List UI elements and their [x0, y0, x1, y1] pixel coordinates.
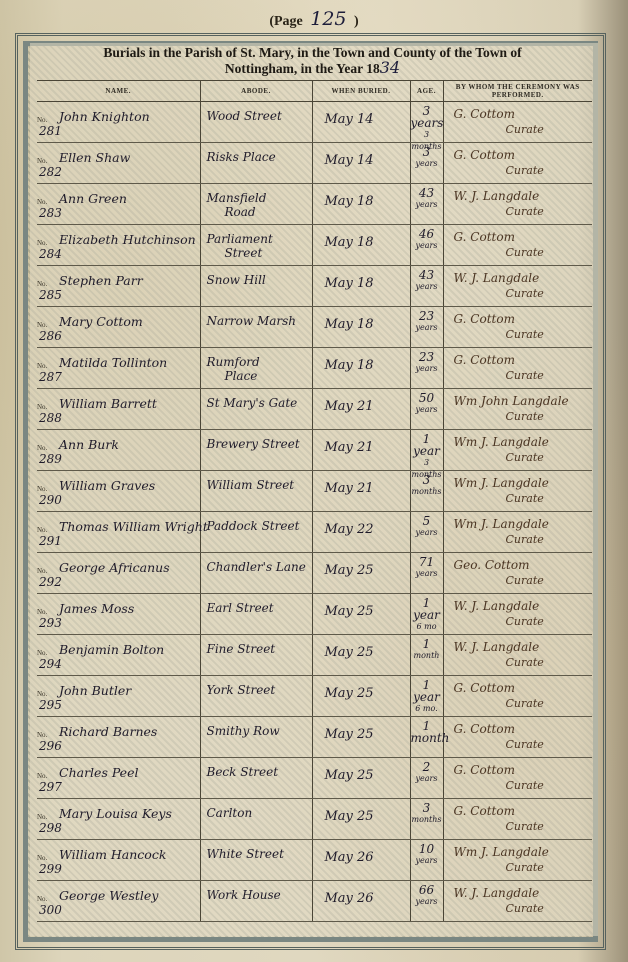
- age-unit: years: [411, 773, 443, 785]
- deceased-name: John Butler: [59, 683, 131, 698]
- age-unit: years: [411, 363, 443, 375]
- age-cell: 43years: [410, 266, 443, 307]
- entry-number: 294: [39, 657, 62, 671]
- table-row: No. Ann Green 283 MansfieldRoad May 18 4…: [37, 184, 592, 225]
- no-label: No.: [37, 485, 47, 493]
- no-label: No.: [37, 567, 47, 575]
- table-row: No. William Barrett 288 St Mary's Gate M…: [37, 389, 592, 430]
- age-value: 1 year: [411, 433, 443, 457]
- abode-cell: ParliamentStreet: [200, 225, 312, 266]
- name-cell: No. Ellen Shaw 282: [37, 143, 200, 184]
- entry-number: 300: [39, 903, 62, 917]
- age-unit: month: [411, 650, 443, 662]
- column-header-abode: ABODE.: [200, 81, 312, 102]
- table-row: No. Thomas William Wright 291 Paddock St…: [37, 512, 592, 553]
- page-number: 125: [310, 8, 346, 30]
- entry-number: 293: [39, 616, 62, 630]
- abode-cell: Wood Street: [200, 102, 312, 143]
- name-cell: No. James Moss 293: [37, 594, 200, 635]
- no-label: No.: [37, 649, 47, 657]
- officiant-name: W. J. Langdale: [454, 271, 540, 285]
- table-row: No. William Graves 290 William Street Ma…: [37, 471, 592, 512]
- officiant-name: Wm J. Langdale: [454, 476, 549, 490]
- burial-date: May 18: [325, 358, 374, 373]
- officiant-role: Curate: [506, 205, 544, 218]
- officiant-role: Curate: [506, 123, 544, 136]
- name-cell: No. George Westley 300: [37, 881, 200, 922]
- table-row: No. John Knighton 281 Wood Street May 14…: [37, 102, 592, 143]
- abode-line-1: Brewery Street: [207, 437, 300, 451]
- abode-line-1: Fine Street: [207, 642, 276, 656]
- page-number-label: (Page 125 ): [0, 8, 628, 30]
- abode-cell: Risks Place: [200, 143, 312, 184]
- age-unit: years: [411, 158, 443, 170]
- age-text: 71years: [411, 556, 443, 580]
- table-row: No. Ann Burk 289 Brewery Street May 21 1…: [37, 430, 592, 471]
- age-cell: 1 month: [410, 717, 443, 758]
- abode-cell: Snow Hill: [200, 266, 312, 307]
- age-text: 5years: [411, 515, 443, 539]
- abode-line-1: Risks Place: [207, 150, 276, 164]
- abode-cell: Carlton: [200, 799, 312, 840]
- abode-text: Earl Street: [207, 601, 274, 615]
- age-value: 43: [411, 187, 443, 199]
- no-label: No.: [37, 895, 47, 903]
- ceremony-cell: W. J. Langdale Curate: [443, 635, 592, 676]
- ceremony-cell: G. Cottom Curate: [443, 348, 592, 389]
- age-cell: 1month: [410, 635, 443, 676]
- abode-line-1: William Street: [207, 478, 295, 492]
- when-buried-cell: May 21: [312, 471, 410, 512]
- abode-line-1: Chandler's Lane: [207, 560, 306, 574]
- officiant-name: Wm J. Langdale: [454, 517, 549, 531]
- title-line-1: Burials in the Parish of St. Mary, in th…: [30, 45, 595, 60]
- abode-line-1: Snow Hill: [207, 273, 266, 287]
- deceased-name: Stephen Parr: [59, 273, 143, 288]
- burial-date: May 18: [325, 276, 374, 291]
- age-value: 3: [411, 474, 443, 486]
- when-buried-cell: May 25: [312, 635, 410, 676]
- ceremony-cell: G. Cottom Curate: [443, 307, 592, 348]
- age-text: 23years: [411, 351, 443, 375]
- when-buried-cell: May 25: [312, 553, 410, 594]
- ceremony-cell: Wm J. Langdale Curate: [443, 471, 592, 512]
- name-cell: No. Benjamin Bolton 294: [37, 635, 200, 676]
- name-cell: No. George Africanus 292: [37, 553, 200, 594]
- column-header-age: AGE.: [410, 81, 443, 102]
- officiant-role: Curate: [506, 902, 544, 915]
- ceremony-cell: W. J. Langdale Curate: [443, 266, 592, 307]
- when-buried-cell: May 25: [312, 717, 410, 758]
- abode-cell: Paddock Street: [200, 512, 312, 553]
- age-cell: 71years: [410, 553, 443, 594]
- deceased-name: Charles Peel: [59, 765, 138, 780]
- abode-cell: Earl Street: [200, 594, 312, 635]
- age-text: 23years: [411, 310, 443, 334]
- table-row: No. Ellen Shaw 282 Risks Place May 14 3y…: [37, 143, 592, 184]
- burial-date: May 14: [325, 112, 374, 127]
- abode-cell: Brewery Street: [200, 430, 312, 471]
- age-cell: 66years: [410, 881, 443, 922]
- abode-text: RumfordPlace: [207, 355, 260, 383]
- age-text: 43years: [411, 187, 443, 211]
- age-text: 50years: [411, 392, 443, 416]
- entry-number: 299: [39, 862, 62, 876]
- age-value: 2: [411, 761, 443, 773]
- abode-line-1: Beck Street: [207, 765, 279, 779]
- deceased-name: George Africanus: [59, 560, 170, 575]
- abode-text: Snow Hill: [207, 273, 266, 287]
- column-header-name: NAME.: [37, 81, 200, 102]
- when-buried-cell: May 18: [312, 307, 410, 348]
- deceased-name: William Graves: [59, 478, 155, 493]
- ceremony-cell: G. Cottom Curate: [443, 102, 592, 143]
- age-cell: 46years: [410, 225, 443, 266]
- officiant-name: Wm J. Langdale: [454, 845, 549, 859]
- when-buried-cell: May 21: [312, 430, 410, 471]
- name-cell: No. Matilda Tollinton 287: [37, 348, 200, 389]
- no-label: No.: [37, 239, 47, 247]
- register-header: Burials in the Parish of St. Mary, in th…: [30, 45, 595, 76]
- when-buried-cell: May 14: [312, 143, 410, 184]
- officiant-name: G. Cottom: [454, 312, 515, 326]
- no-label: No.: [37, 608, 47, 616]
- deceased-name: Mary Cottom: [59, 314, 143, 329]
- table-row: No. Mary Louisa Keys 298 Carlton May 25 …: [37, 799, 592, 840]
- age-text: 1 month: [411, 720, 443, 744]
- age-cell: 23years: [410, 307, 443, 348]
- entry-number: 285: [39, 288, 62, 302]
- name-cell: No. Thomas William Wright 291: [37, 512, 200, 553]
- table-row: No. Richard Barnes 296 Smithy Row May 25…: [37, 717, 592, 758]
- age-cell: 43years: [410, 184, 443, 225]
- deceased-name: Thomas William Wright: [59, 519, 208, 534]
- age-text: 2years: [411, 761, 443, 785]
- no-label: No.: [37, 731, 47, 739]
- age-text: 46years: [411, 228, 443, 252]
- abode-text: Beck Street: [207, 765, 279, 779]
- deceased-name: John Knighton: [59, 109, 150, 124]
- burial-date: May 18: [325, 194, 374, 209]
- age-cell: 3months: [410, 799, 443, 840]
- entry-number: 283: [39, 206, 62, 220]
- no-label: No.: [37, 813, 47, 821]
- officiant-name: G. Cottom: [454, 230, 515, 244]
- abode-line-1: Paddock Street: [207, 519, 300, 533]
- table-row: No. William Hancock 299 White Street May…: [37, 840, 592, 881]
- age-value: 1 year: [411, 597, 443, 621]
- entry-number: 291: [39, 534, 62, 548]
- abode-line-1: Earl Street: [207, 601, 274, 615]
- officiant-name: G. Cottom: [454, 681, 515, 695]
- officiant-name: G. Cottom: [454, 107, 515, 121]
- entry-number: 288: [39, 411, 62, 425]
- abode-cell: York Street: [200, 676, 312, 717]
- when-buried-cell: May 14: [312, 102, 410, 143]
- burial-date: May 18: [325, 235, 374, 250]
- table-header-row: NAME. ABODE. WHEN BURIED. AGE. BY WHOM T…: [37, 81, 592, 102]
- deceased-name: Mary Louisa Keys: [59, 806, 172, 821]
- when-buried-cell: May 18: [312, 266, 410, 307]
- age-text: 3months: [411, 802, 443, 826]
- officiant-role: Curate: [506, 451, 544, 464]
- burial-register-table: NAME. ABODE. WHEN BURIED. AGE. BY WHOM T…: [37, 80, 592, 922]
- table-row: No. Matilda Tollinton 287 RumfordPlace M…: [37, 348, 592, 389]
- abode-cell: White Street: [200, 840, 312, 881]
- age-cell: 1 year3 months: [410, 430, 443, 471]
- ceremony-cell: G. Cottom Curate: [443, 225, 592, 266]
- when-buried-cell: May 22: [312, 512, 410, 553]
- abode-line-1: White Street: [207, 847, 284, 861]
- burial-date: May 21: [325, 481, 374, 496]
- table-row: No. Elizabeth Hutchinson 284 ParliamentS…: [37, 225, 592, 266]
- register-title: Burials in the Parish of St. Mary, in th…: [30, 45, 595, 76]
- officiant-role: Curate: [506, 246, 544, 259]
- when-buried-cell: May 21: [312, 389, 410, 430]
- no-label: No.: [37, 526, 47, 534]
- no-label: No.: [37, 403, 47, 411]
- deceased-name: William Barrett: [59, 396, 157, 411]
- no-label: No.: [37, 772, 47, 780]
- entry-number: 286: [39, 329, 62, 343]
- table-row: No. James Moss 293 Earl Street May 25 1 …: [37, 594, 592, 635]
- age-value: 3 years: [411, 105, 443, 129]
- burial-date: May 26: [325, 850, 374, 865]
- deceased-name: James Moss: [59, 601, 134, 616]
- abode-text: ParliamentStreet: [207, 232, 273, 260]
- age-cell: 5years: [410, 512, 443, 553]
- officiant-name: W. J. Langdale: [454, 886, 540, 900]
- age-unit: months: [411, 814, 443, 826]
- abode-text: Work House: [207, 888, 281, 902]
- age-unit: 6 mo.: [411, 703, 443, 715]
- abode-cell: William Street: [200, 471, 312, 512]
- name-cell: No. Elizabeth Hutchinson 284: [37, 225, 200, 266]
- officiant-role: Curate: [506, 492, 544, 505]
- officiant-role: Curate: [506, 287, 544, 300]
- age-value: 23: [411, 310, 443, 322]
- age-text: 1month: [411, 638, 443, 662]
- ceremony-cell: G. Cottom Curate: [443, 143, 592, 184]
- no-label: No.: [37, 157, 47, 165]
- age-value: 43: [411, 269, 443, 281]
- age-unit: months: [411, 486, 443, 498]
- when-buried-cell: May 25: [312, 676, 410, 717]
- deceased-name: Ann Green: [59, 191, 127, 206]
- officiant-role: Curate: [506, 328, 544, 341]
- no-label: No.: [37, 362, 47, 370]
- abode-line-2: Place: [207, 369, 260, 383]
- abode-cell: St Mary's Gate: [200, 389, 312, 430]
- entry-number: 290: [39, 493, 62, 507]
- no-label: No.: [37, 444, 47, 452]
- when-buried-cell: May 18: [312, 225, 410, 266]
- no-label: No.: [37, 854, 47, 862]
- deceased-name: William Hancock: [59, 847, 166, 862]
- age-text: 3months: [411, 474, 443, 498]
- age-cell: 2years: [410, 758, 443, 799]
- ceremony-cell: W. J. Langdale Curate: [443, 594, 592, 635]
- abode-cell: RumfordPlace: [200, 348, 312, 389]
- when-buried-cell: May 25: [312, 594, 410, 635]
- age-cell: 3years: [410, 143, 443, 184]
- officiant-name: G. Cottom: [454, 148, 515, 162]
- abode-line-1: Carlton: [207, 806, 253, 820]
- abode-cell: Chandler's Lane: [200, 553, 312, 594]
- age-text: 1 year6 mo.: [411, 679, 443, 715]
- table-row: No. Charles Peel 297 Beck Street May 25 …: [37, 758, 592, 799]
- officiant-name: Geo. Cottom: [454, 558, 530, 572]
- abode-cell: MansfieldRoad: [200, 184, 312, 225]
- title-line-2: Nottingham, in the Year 1834: [30, 60, 595, 76]
- table-row: No. Stephen Parr 285 Snow Hill May 18 43…: [37, 266, 592, 307]
- deceased-name: Ellen Shaw: [59, 150, 130, 165]
- officiant-role: Curate: [506, 574, 544, 587]
- name-cell: No. John Knighton 281: [37, 102, 200, 143]
- age-unit: years: [411, 896, 443, 908]
- abode-line-1: Parliament: [207, 232, 273, 246]
- officiant-name: G. Cottom: [454, 763, 515, 777]
- table-row: No. George Westley 300 Work House May 26…: [37, 881, 592, 922]
- age-value: 3: [411, 146, 443, 158]
- abode-text: Brewery Street: [207, 437, 300, 451]
- age-value: 1: [411, 638, 443, 650]
- age-unit: 6 mo: [411, 621, 443, 633]
- abode-line-1: Narrow Marsh: [207, 314, 297, 328]
- age-value: 3: [411, 802, 443, 814]
- burial-date: May 25: [325, 727, 374, 742]
- entry-number: 287: [39, 370, 62, 384]
- abode-line-1: Smithy Row: [207, 724, 280, 738]
- entry-number: 298: [39, 821, 62, 835]
- age-value: 1 month: [411, 720, 443, 744]
- abode-text: White Street: [207, 847, 284, 861]
- officiant-role: Curate: [506, 861, 544, 874]
- deceased-name: Ann Burk: [59, 437, 119, 452]
- name-cell: No. Ann Burk 289: [37, 430, 200, 471]
- age-cell: 1 year6 mo: [410, 594, 443, 635]
- age-value: 5: [411, 515, 443, 527]
- no-label: No.: [37, 198, 47, 206]
- table-row: No. Mary Cottom 286 Narrow Marsh May 18 …: [37, 307, 592, 348]
- entry-number: 284: [39, 247, 62, 261]
- ceremony-cell: Wm J. Langdale Curate: [443, 840, 592, 881]
- age-cell: 50years: [410, 389, 443, 430]
- officiant-role: Curate: [506, 164, 544, 177]
- abode-text: Carlton: [207, 806, 253, 820]
- ceremony-cell: W. J. Langdale Curate: [443, 184, 592, 225]
- age-unit: years: [411, 281, 443, 293]
- abode-cell: Work House: [200, 881, 312, 922]
- abode-text: Narrow Marsh: [207, 314, 297, 328]
- when-buried-cell: May 18: [312, 184, 410, 225]
- age-value: 1 year: [411, 679, 443, 703]
- table-row: No. John Butler 295 York Street May 25 1…: [37, 676, 592, 717]
- name-cell: No. Mary Louisa Keys 298: [37, 799, 200, 840]
- officiant-role: Curate: [506, 533, 544, 546]
- table-row: No. Benjamin Bolton 294 Fine Street May …: [37, 635, 592, 676]
- burial-date: May 14: [325, 153, 374, 168]
- page-label-suffix: ): [354, 14, 359, 29]
- age-unit: years: [411, 404, 443, 416]
- age-value: 10: [411, 843, 443, 855]
- abode-cell: Fine Street: [200, 635, 312, 676]
- burial-date: May 25: [325, 604, 374, 619]
- ceremony-cell: Wm J. Langdale Curate: [443, 512, 592, 553]
- name-cell: No. Charles Peel 297: [37, 758, 200, 799]
- when-buried-cell: May 26: [312, 840, 410, 881]
- age-unit: years: [411, 199, 443, 211]
- abode-line-1: Wood Street: [207, 109, 282, 123]
- ceremony-cell: G. Cottom Curate: [443, 799, 592, 840]
- deceased-name: Matilda Tollinton: [59, 355, 167, 370]
- officiant-name: W. J. Langdale: [454, 640, 540, 654]
- age-unit: years: [411, 855, 443, 867]
- no-label: No.: [37, 690, 47, 698]
- abode-text: Smithy Row: [207, 724, 280, 738]
- name-cell: No. William Barrett 288: [37, 389, 200, 430]
- age-cell: 3 years3 months: [410, 102, 443, 143]
- entry-number: 295: [39, 698, 62, 712]
- age-value: 66: [411, 884, 443, 896]
- age-cell: 3months: [410, 471, 443, 512]
- abode-cell: Beck Street: [200, 758, 312, 799]
- officiant-role: Curate: [506, 369, 544, 382]
- page-label-prefix: (Page: [269, 14, 302, 29]
- age-unit: years: [411, 527, 443, 539]
- ceremony-cell: G. Cottom Curate: [443, 717, 592, 758]
- officiant-role: Curate: [506, 410, 544, 423]
- officiant-role: Curate: [506, 779, 544, 792]
- abode-text: Fine Street: [207, 642, 276, 656]
- ceremony-cell: Geo. Cottom Curate: [443, 553, 592, 594]
- no-label: No.: [37, 116, 47, 124]
- officiant-role: Curate: [506, 656, 544, 669]
- abode-line-1: Mansfield: [207, 191, 267, 205]
- age-text: 10years: [411, 843, 443, 867]
- age-cell: 10years: [410, 840, 443, 881]
- when-buried-cell: May 18: [312, 348, 410, 389]
- officiant-role: Curate: [506, 615, 544, 628]
- burial-date: May 25: [325, 563, 374, 578]
- burial-date: May 25: [325, 809, 374, 824]
- officiant-role: Curate: [506, 738, 544, 751]
- age-cell: 1 year6 mo.: [410, 676, 443, 717]
- burial-date: May 25: [325, 645, 374, 660]
- officiant-name: G. Cottom: [454, 353, 515, 367]
- burial-date: May 18: [325, 317, 374, 332]
- age-cell: 23years: [410, 348, 443, 389]
- abode-line-2: Road: [207, 205, 267, 219]
- age-unit: years: [411, 240, 443, 252]
- abode-text: Wood Street: [207, 109, 282, 123]
- age-text: 1 year6 mo: [411, 597, 443, 633]
- year-handwritten: 34: [380, 58, 400, 77]
- abode-line-2: Street: [207, 246, 273, 260]
- abode-line-1: Work House: [207, 888, 281, 902]
- abode-line-1: Rumford: [207, 355, 260, 369]
- no-label: No.: [37, 280, 47, 288]
- burial-date: May 21: [325, 399, 374, 414]
- no-label: No.: [37, 321, 47, 329]
- ceremony-cell: Wm John Langdale Curate: [443, 389, 592, 430]
- table-row: No. George Africanus 292 Chandler's Lane…: [37, 553, 592, 594]
- age-value: 46: [411, 228, 443, 240]
- abode-cell: Narrow Marsh: [200, 307, 312, 348]
- when-buried-cell: May 25: [312, 758, 410, 799]
- name-cell: No. Stephen Parr 285: [37, 266, 200, 307]
- officiant-role: Curate: [506, 820, 544, 833]
